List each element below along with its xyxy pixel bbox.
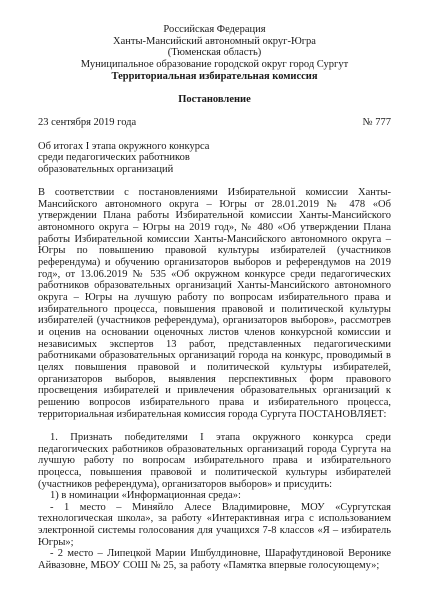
subject-line-2: среди педагогических работников xyxy=(38,152,391,164)
document-header: Российская Федерация Ханты-Мансийский ав… xyxy=(38,24,391,82)
commission-name: Территориальная избирательная комиссия xyxy=(38,71,391,83)
document-number: № 777 xyxy=(363,117,391,129)
preamble-paragraph: В соответствии с постановлениями Избират… xyxy=(38,187,391,420)
document-date: 23 сентября 2019 года xyxy=(38,117,136,129)
header-line-oblast: (Тюменская область) xyxy=(38,47,391,59)
subject-line-1: Об итогах I этапа окружного конкурса xyxy=(38,141,391,153)
nomination-item-1: 1) в номинации «Информационная среда»: xyxy=(38,490,391,502)
header-line-okrug: Ханты-Мансийский автономный округ-Югра xyxy=(38,36,391,48)
document-page: Российская Федерация Ханты-Мансийский ав… xyxy=(0,0,424,600)
award-place-1: - 1 место – Миняйло Алесе Владимировне, … xyxy=(38,502,391,549)
subject-line-3: образовательных организаций xyxy=(38,164,391,176)
header-line-country: Российская Федерация xyxy=(38,24,391,36)
award-place-2: - 2 место – Липецкой Марии Ишбулдиновне,… xyxy=(38,548,391,571)
document-type-title: Постановление xyxy=(38,94,391,106)
meta-row: 23 сентября 2019 года № 777 xyxy=(38,117,391,129)
header-line-municipality: Муниципальное образование городской окру… xyxy=(38,59,391,71)
resolution-item-1: 1. Признать победителями I этапа окружно… xyxy=(38,432,391,490)
subject-block: Об итогах I этапа окружного конкурса сре… xyxy=(38,141,391,176)
